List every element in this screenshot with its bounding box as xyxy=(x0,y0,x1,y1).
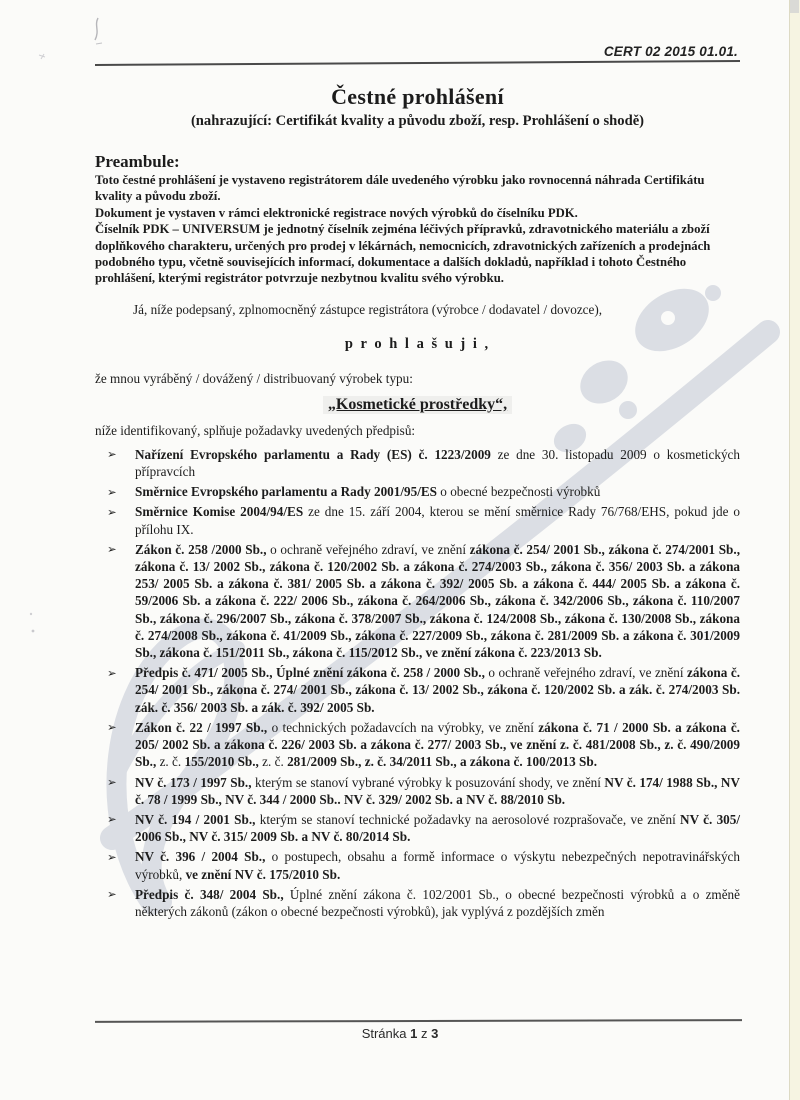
regulation-item: ➢NV č. 173 / 1997 Sb., kterým se stanoví… xyxy=(135,774,740,808)
text-segment: NV č. 396 / 2004 Sb., xyxy=(135,849,265,864)
text-segment: NV č. 194 / 2001 Sb., xyxy=(135,812,255,827)
document-page: CERT 02 2015 01.01. Čestné prohlášení (n… xyxy=(0,0,800,1100)
text-segment: kterým se stanoví vybrané výrobky k posu… xyxy=(252,775,605,790)
pencil-marks xyxy=(0,0,300,700)
text-segment: z. č. xyxy=(160,754,185,769)
text-segment: NV č. 173 / 1997 Sb., xyxy=(135,775,252,790)
text-segment: ve znění NV č. 175/2010 Sb. xyxy=(186,867,341,882)
list-arrow-icon: ➢ xyxy=(107,849,117,866)
list-arrow-icon: ➢ xyxy=(107,811,117,828)
list-arrow-icon: ➢ xyxy=(107,886,117,903)
scan-edge-strip xyxy=(789,0,800,1100)
text-segment: 155/2010 Sb., xyxy=(184,754,258,769)
list-arrow-icon: ➢ xyxy=(107,719,117,736)
text-segment: 281/2009 Sb., z. č. 34/2011 Sb., a zákon… xyxy=(287,754,597,769)
regulation-item: ➢NV č. 396 / 2004 Sb., o postupech, obsa… xyxy=(135,848,740,882)
text-segment: Stránka xyxy=(362,1026,410,1041)
text-segment: o technických požadavcích na výrobky, ve… xyxy=(267,720,538,735)
regulation-item: ➢Zákon č. 22 / 1997 Sb., o technických p… xyxy=(135,719,740,771)
text-segment: o ochraně veřejného zdraví, ve znění xyxy=(485,665,687,680)
text-segment: 3 xyxy=(431,1026,438,1041)
list-arrow-icon: ➢ xyxy=(107,774,117,791)
text-segment: Zákon č. 22 / 1997 Sb., xyxy=(135,720,267,735)
product-type: „Kosmetické prostředky“, xyxy=(323,396,512,414)
text-segment: z xyxy=(417,1026,431,1041)
regulation-item: ➢NV č. 194 / 2001 Sb., kterým se stanoví… xyxy=(135,811,740,845)
text-segment: Předpis č. 348/ 2004 Sb., xyxy=(135,887,284,902)
page-number: Stránka 1 z 3 xyxy=(0,1026,800,1041)
scan-corner-artifact xyxy=(790,0,799,13)
text-segment: kterým se stanoví technické požadavky na… xyxy=(255,812,680,827)
regulation-item: ➢Předpis č. 348/ 2004 Sb., Úplné znění z… xyxy=(135,886,740,920)
text-segment: z. č. xyxy=(259,754,287,769)
text-segment: o obecné bezpečnosti výrobků xyxy=(437,484,600,499)
